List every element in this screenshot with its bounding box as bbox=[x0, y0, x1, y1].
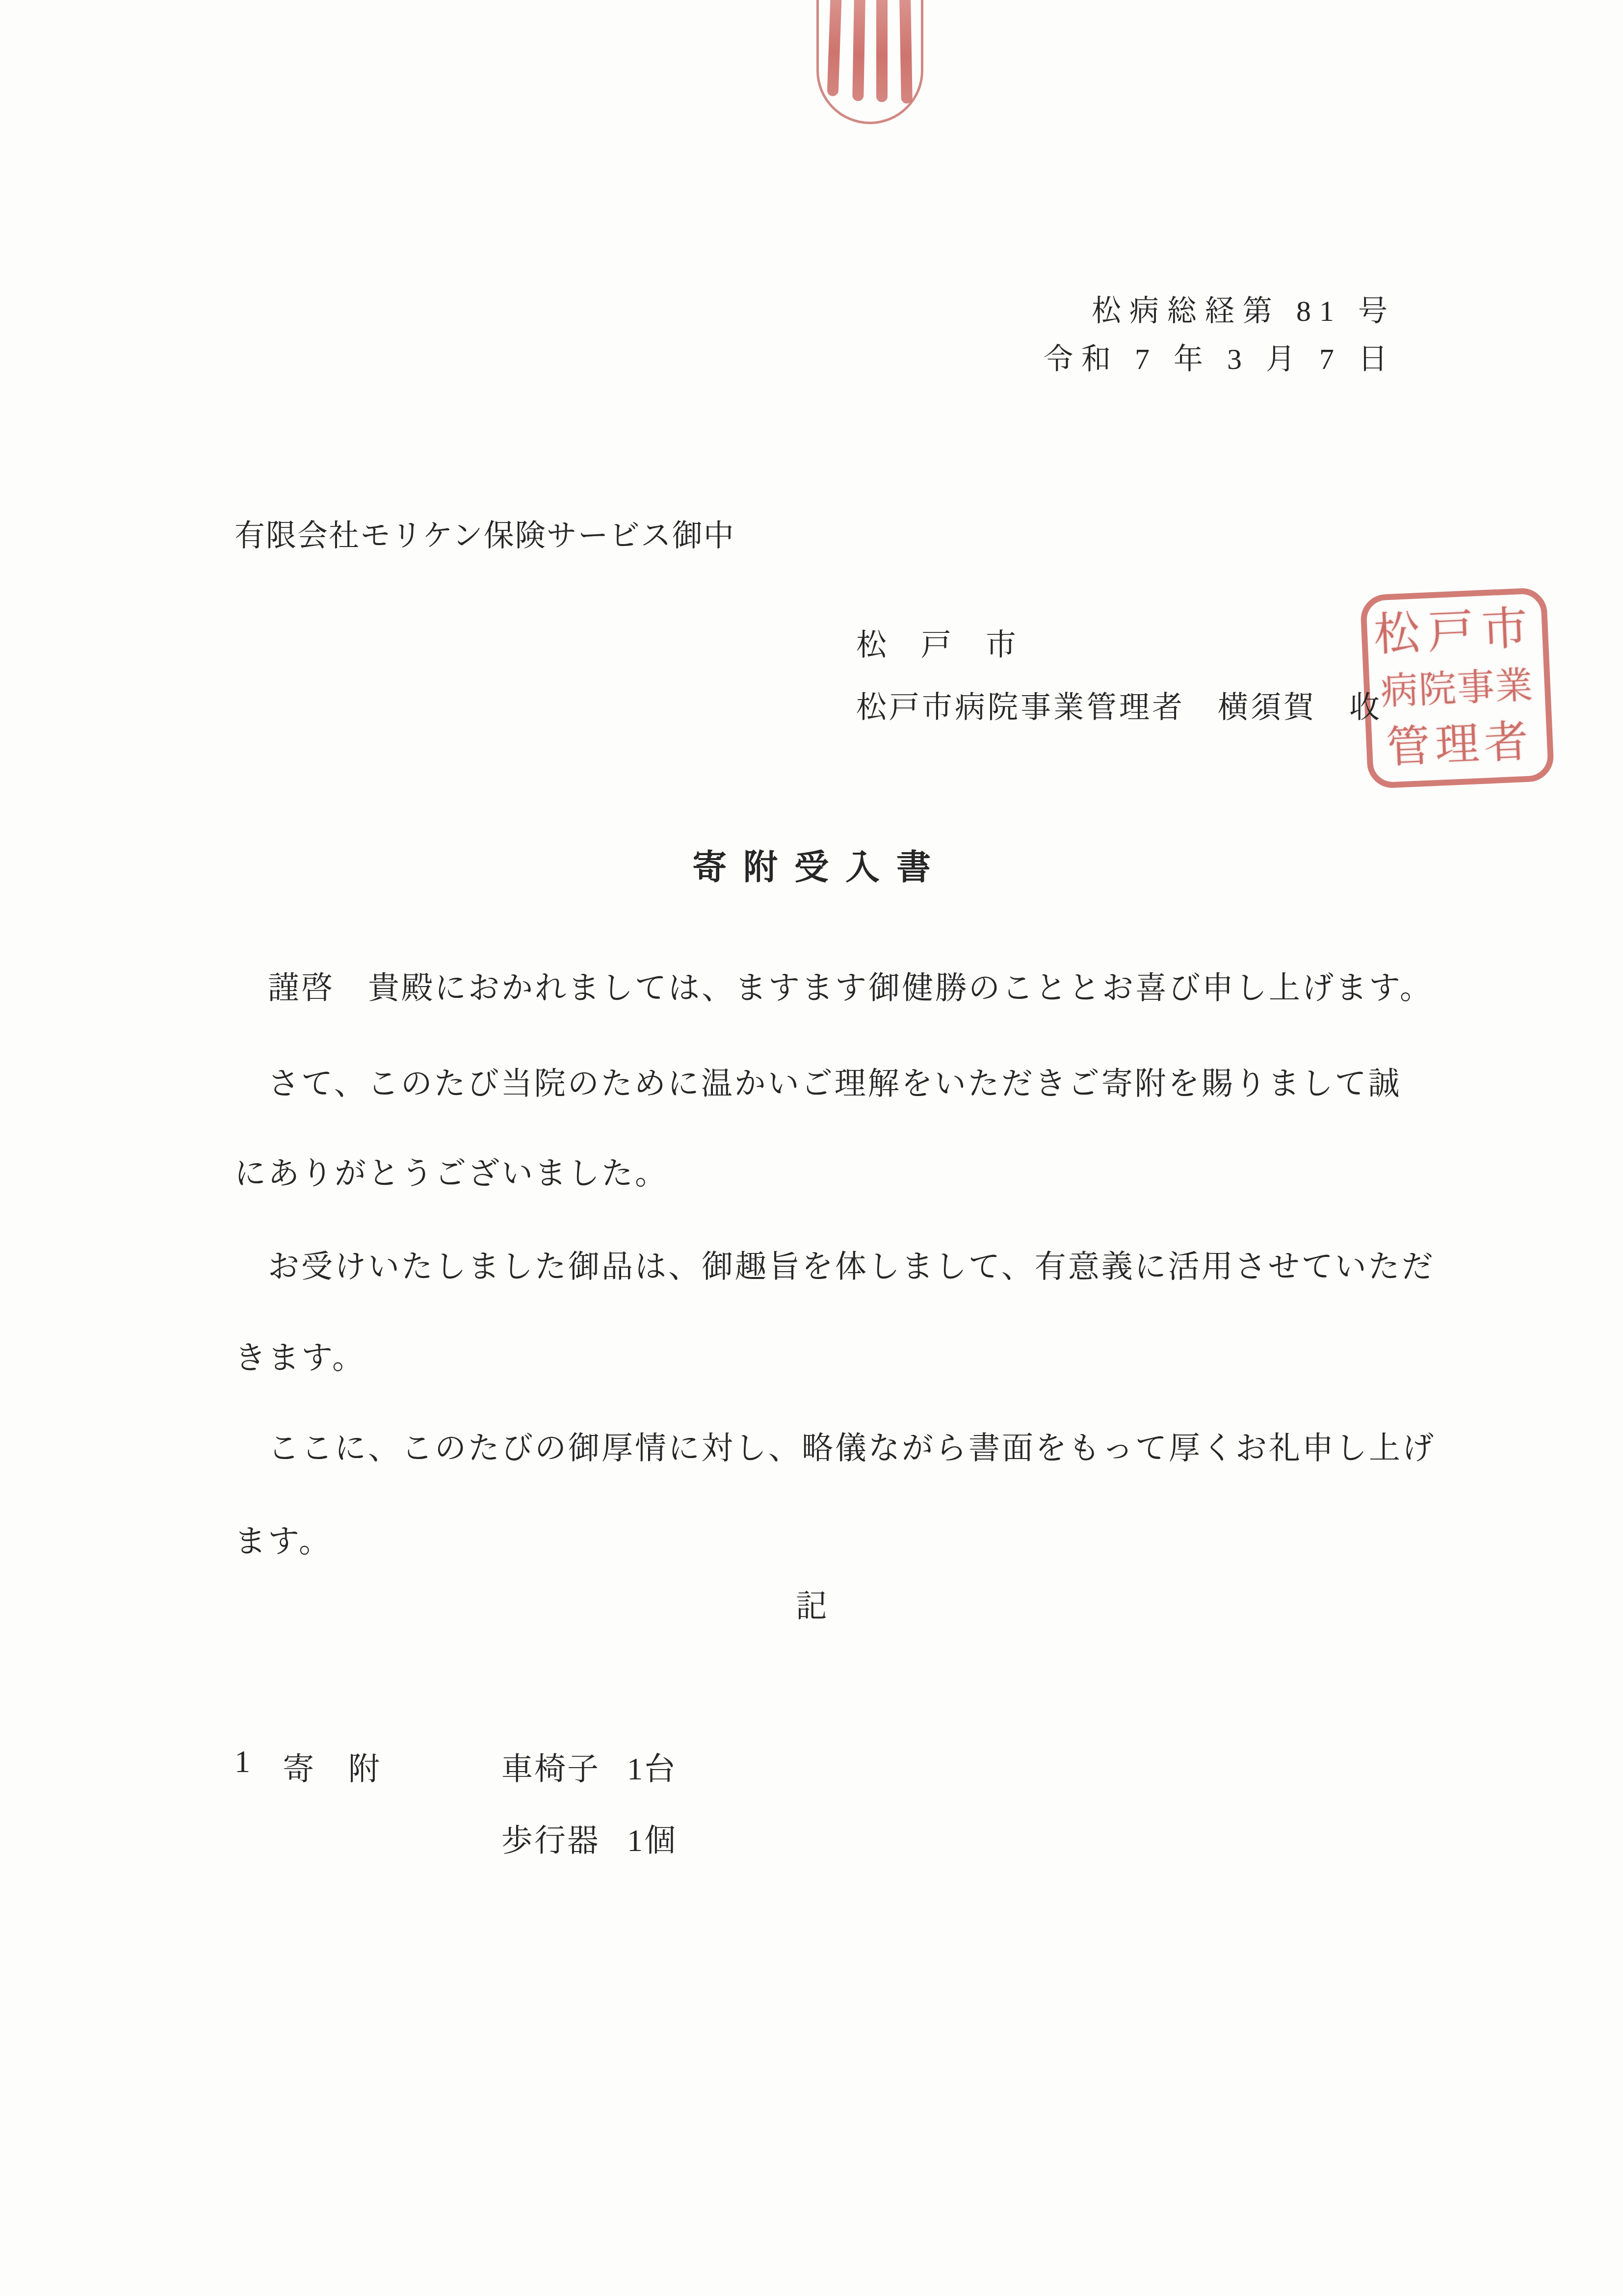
document-title: 寄附受入書 bbox=[0, 840, 1623, 889]
seal-text-row: 管理者 bbox=[1385, 720, 1534, 771]
donation-item-quantity: 1個 bbox=[627, 1815, 677, 1860]
document-date: 令和 7 年 3 月 7 日 bbox=[1044, 335, 1396, 383]
body-line: にありがとうございました。 bbox=[235, 1148, 668, 1193]
sender-name-line: 松戸市病院事業管理者 横須賀 收 bbox=[856, 683, 1382, 727]
official-red-seal: 松戸市 病院事業 管理者 bbox=[1360, 587, 1555, 789]
donation-item-number: 1 bbox=[235, 1744, 252, 1780]
body-line: ます。 bbox=[235, 1516, 332, 1561]
scanned-letter-page: 松病総経第 81 号 令和 7 年 3 月 7 日 有限会社モリケン保険サービス… bbox=[0, 0, 1623, 2296]
stamp-bar-icon bbox=[852, 0, 865, 101]
donation-category: 寄 附 bbox=[283, 1744, 381, 1789]
donation-item-name: 歩行器 bbox=[501, 1815, 600, 1860]
partial-receipt-stamp-icon bbox=[816, 0, 923, 124]
body-line: お受けいたしました御品は、御趣旨を体しまして、有意義に活用させていただ bbox=[268, 1241, 1435, 1286]
body-line: さて、このたび当院のために温かいご理解をいただきご寄附を賜りまして誠 bbox=[268, 1058, 1402, 1103]
seal-text-row: 松戸市 bbox=[1373, 605, 1537, 658]
document-reference-block: 松病総経第 81 号 令和 7 年 3 月 7 日 bbox=[1044, 287, 1396, 383]
body-line: きます。 bbox=[235, 1332, 366, 1378]
addressee: 有限会社モリケン保険サービス御中 bbox=[235, 511, 735, 555]
note-marker: 記 bbox=[0, 1581, 1623, 1626]
stamp-bar-icon bbox=[827, 0, 842, 96]
seal-text-row: 病院事業 bbox=[1380, 667, 1535, 711]
body-line: ここに、このたびの御厚情に対し、略儀ながら書面をもって厚くお礼申し上げ bbox=[268, 1423, 1436, 1468]
body-line: 謹啓 貴殿におかれましては、ますます御健勝のこととお喜び申し上げます。 bbox=[268, 963, 1433, 1008]
stamp-bar-icon bbox=[876, 0, 888, 102]
document-number: 松病総経第 81 号 bbox=[1044, 287, 1396, 335]
stamp-bar-icon bbox=[899, 0, 913, 104]
donation-item-quantity: 1台 bbox=[627, 1744, 677, 1789]
sender-organization: 松 戸 市 bbox=[856, 621, 1018, 664]
donation-item-name: 車椅子 bbox=[501, 1744, 600, 1789]
